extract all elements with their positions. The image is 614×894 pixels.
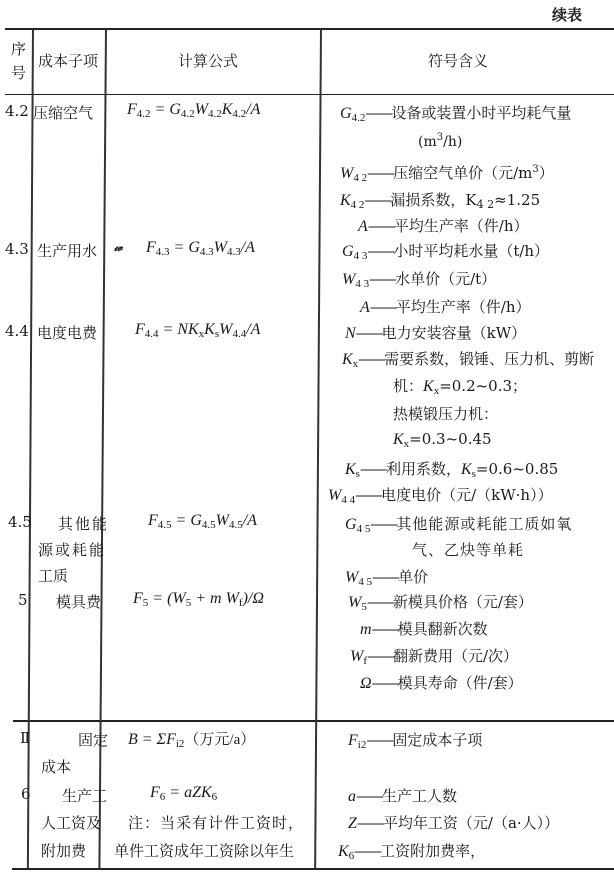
row-item-line2: 成本 xyxy=(41,756,71,777)
meaning-line: A——平均生产率（件/h） xyxy=(358,215,529,236)
meaning-line: m——模具翻新次数 xyxy=(360,618,488,639)
meaning-line: K4 2——漏损系数，K4 2≈1.25 xyxy=(340,189,540,211)
row-item-line1: 固定 xyxy=(78,729,108,750)
section-divider xyxy=(13,720,614,722)
meaning-line: Z——平均年工资（元/（a·人）） xyxy=(348,812,559,833)
meaning-line: A——平均生产率（件/h） xyxy=(360,296,531,317)
col-divider-3 xyxy=(314,29,321,869)
table-bottom-border xyxy=(12,868,614,870)
meaning-line: G4 3——小时平均耗水量（t/h） xyxy=(342,240,549,262)
row-index: 4.4 xyxy=(5,322,29,340)
meaning-line: Ks——利用系数，Ks=0.6~0.85 xyxy=(345,458,558,480)
table-top-border xyxy=(5,28,614,30)
row-formula: B = ΣFi2（万元/a） xyxy=(128,728,255,750)
row-item-line1: 其他能 xyxy=(58,513,109,534)
row-item-line2: 源或耗能 xyxy=(38,539,106,560)
meaning-line: 热模锻压力机： xyxy=(393,403,498,424)
formula-note-line2: 单件工资成年工资除以年生 xyxy=(114,840,294,861)
row-index: 5 xyxy=(18,591,28,609)
meaning-line: Ω——模具寿命（件/套） xyxy=(360,672,523,693)
continued-label: 续表 xyxy=(552,4,582,25)
header-formula: 计算公式 xyxy=(178,50,238,71)
meaning-line: 机：Kx=0.2~0.3； xyxy=(393,375,527,397)
meaning-line: (m3/h) xyxy=(418,132,462,150)
header-meaning: 符号含义 xyxy=(428,50,488,71)
row-item: 模具费 xyxy=(56,591,101,612)
row-formula: F5 = (W5 + m Wf)/Ω xyxy=(133,590,264,609)
row-formula: F4.3 = G4.3W4.3/A xyxy=(146,239,255,258)
meaning-line: W4 2——压缩空气单价（元/m3） xyxy=(340,162,554,184)
formula-note-line1: 注：当采有计件工资时， xyxy=(128,812,304,833)
meaning-line: W4 5——单价 xyxy=(345,566,428,588)
row-item: 电度电费 xyxy=(37,322,97,343)
row-index: 4.2 xyxy=(5,102,29,120)
row-item: 压缩空气 xyxy=(33,102,93,123)
row-index: 6 xyxy=(21,785,31,803)
row-item-line3: 附加费 xyxy=(41,840,86,861)
meaning-line: Fi2——固定成本子项 xyxy=(348,729,482,751)
meaning-line: G4 5——其他能源或耗能工质如氧 xyxy=(345,513,572,535)
meaning-line: Wf——翻新费用（元/次） xyxy=(350,645,518,667)
meaning-line: 气、乙炔等单耗 xyxy=(412,539,524,560)
meaning-line: a——生产工人数 xyxy=(348,785,457,806)
row-index: Ⅱ xyxy=(20,729,30,747)
row-index: 4.5 xyxy=(8,513,32,531)
row-formula: F4.2 = G4.2W4.2K4.2/A xyxy=(127,101,260,120)
row-index: 4.3 xyxy=(5,240,29,258)
header-item: 成本子项 xyxy=(38,50,98,71)
header-bottom-border xyxy=(5,94,614,95)
row-formula: F6 = aZK6 xyxy=(150,784,217,803)
meaning-line: G4.2——设备或装置小时平均耗气量 xyxy=(340,102,571,124)
row-formula: F4.4 = NKxKsW4.4/A xyxy=(135,321,260,340)
meaning-line: W5——新模具价格（元/套） xyxy=(348,591,533,613)
row-formula: F4.5 = G4.5W4.5/A xyxy=(148,512,257,531)
row-item: 生产用水 xyxy=(37,240,97,261)
meaning-line: K6——工资附加费率， xyxy=(338,840,485,862)
meaning-line: W4 4——电度电价（元/（kW·h）） xyxy=(328,484,553,506)
header-index-line2: 号 xyxy=(11,62,26,83)
header-index-line1: 序 xyxy=(11,38,26,59)
row-item-line2: 人工资及 xyxy=(41,812,101,833)
meaning-line: Kx——需要系数，锻锤、压力机、剪断 xyxy=(342,348,594,370)
meaning-line: N——电力安装容量（kW） xyxy=(345,322,526,343)
stray-mark: 𝓌 xyxy=(114,240,122,255)
row-item-line1: 生产工 xyxy=(62,785,107,806)
row-item-line3: 工质 xyxy=(38,565,68,586)
meaning-line: Kx=0.3~0.45 xyxy=(393,430,492,450)
meaning-line: W4 3——水单价（元/t） xyxy=(342,268,496,290)
